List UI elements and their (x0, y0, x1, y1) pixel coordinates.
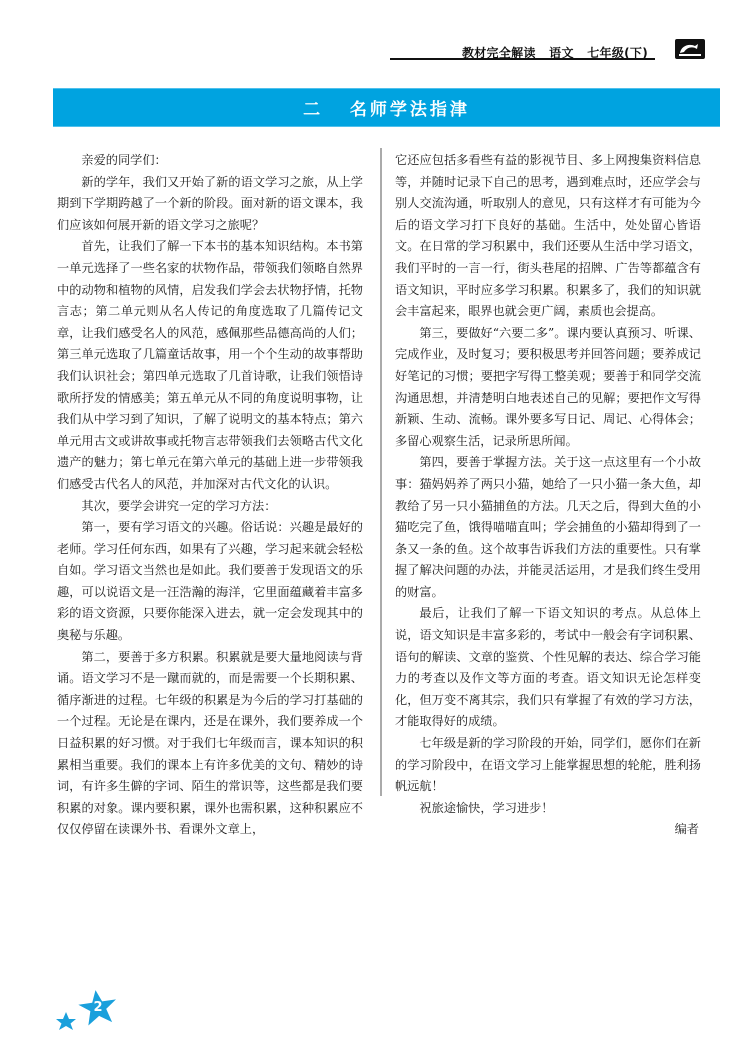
paragraph: 第一，要有学习语文的兴趣。俗话说：兴趣是最好的老师。学习任何东西，如果有了兴趣，… (57, 517, 363, 647)
right-column: 它还应包括多看些有益的影视节目、多上网搜集资料信息等，并随时记录下自己的思考，遇… (395, 150, 701, 841)
left-column: 亲爱的同学们： 新的学年，我们又开始了新的语文学习之旅，从上学期到下学期跨越了一… (57, 150, 363, 841)
column-divider (380, 148, 382, 796)
section-banner: 二 名师学法指津 (53, 88, 720, 127)
paragraph: 七年级是新的学习阶段的开始，同学们，愿你们在新的学习阶段中，在语文学习上能掌握思… (395, 733, 701, 798)
closing-wish: 祝旅途愉快，学习进步！ (395, 798, 701, 820)
publisher-logo-icon (675, 39, 705, 59)
page-number-badge: 2 (52, 988, 127, 1038)
section-title: 二 名师学法指津 (303, 95, 470, 120)
paragraph: 其次，要学会讲究一定的学习方法： (57, 496, 363, 518)
signature: 编者 (395, 819, 701, 841)
header-rule (390, 58, 655, 60)
page-number: 2 (88, 1000, 108, 1015)
paragraph-continuation: 它还应包括多看些有益的影视节目、多上网搜集资料信息等，并随时记录下自己的思考，遇… (395, 150, 701, 323)
paragraph: 第三，要做好“六要二多”。课内要认真预习、听课、完成作业，及时复习；要积极思考并… (395, 323, 701, 453)
paragraph: 最后，让我们了解一下语文知识的考点。从总体上说，语文知识是丰富多彩的，考试中一般… (395, 603, 701, 733)
paragraph: 第四，要善于掌握方法。关于这一点这里有一个小故事：猫妈妈养了两只小猫，她给了一只… (395, 452, 701, 603)
paragraph: 首先，让我们了解一下本书的基本知识结构。本书第一单元选择了一些名家的状物作品，带… (57, 236, 363, 495)
paragraph: 新的学年，我们又开始了新的语文学习之旅，从上学期到下学期跨越了一个新的阶段。面对… (57, 172, 363, 237)
running-header: 教材完全解读 语文 七年级(下) (390, 36, 710, 60)
paragraph: 第二，要善于多方积累。积累就是要大量地阅读与背诵。语文学习不是一蹴而就的，而是需… (57, 647, 363, 841)
salutation: 亲爱的同学们： (57, 150, 363, 172)
